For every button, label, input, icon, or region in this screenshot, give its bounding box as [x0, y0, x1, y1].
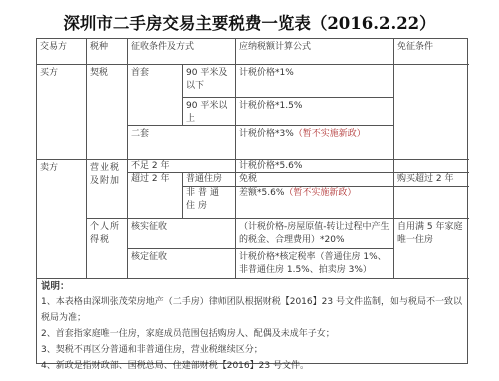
verified-collection: 核实征收	[128, 219, 236, 249]
under-2-years: 不足 2 年	[128, 160, 236, 173]
buyer-exemption	[394, 65, 469, 160]
formula-verified: （计税价格-房屋原值-转让过程中产生的税金、合理费用）*20%	[236, 219, 394, 249]
business-tax: 营业税及附加	[87, 160, 128, 219]
formula-non-ordinary: 差额*5.6%（暂不实施新政）	[236, 187, 394, 219]
note-item: 3、契税不再区分普通和非普通住房，营业税继续区分；	[41, 342, 463, 358]
header-exemption: 免征条件	[394, 39, 469, 65]
buyer-deed-tax: 契税	[87, 65, 128, 160]
ordinary-housing: 普通住房	[183, 173, 236, 187]
note-item: 2、首套指家庭唯一住房，家庭成员范围包括购房人、配偶及未成年子女；	[41, 326, 463, 342]
area-above-90: 90 平米以上	[183, 98, 236, 126]
area-below-90: 90 平米及以下	[183, 65, 236, 98]
policy-not-implemented-note: （暂不实施新政）	[284, 188, 356, 198]
note-item: 4、新政是指财政部、国税总局、住建部财税【2016】23 号文件。	[41, 358, 463, 374]
notes-heading: 说明：	[41, 280, 463, 294]
formula-under-2-years: 计税价格*5.6%	[236, 160, 394, 173]
income-tax: 个人所得税	[87, 219, 128, 279]
header-condition: 征收条件及方式	[128, 39, 236, 65]
formula-assessed: 计税价格*核定税率（普通住房 1%、非普通住房 1.5%、拍卖房 3%）	[236, 249, 394, 279]
assessed-collection: 核定征收	[128, 249, 236, 279]
header-formula: 应纳税额计算公式	[236, 39, 394, 65]
tax-table: 交易方 税种 征收条件及方式 应纳税额计算公式 免征条件 买方 契税 首套 90…	[36, 38, 468, 364]
seller-party: 卖方	[37, 160, 87, 279]
header-tax-type: 税种	[87, 39, 128, 65]
non-ordinary-housing: 非普通住房	[183, 187, 236, 219]
note-item: 1、本表格由深圳张茂荣房地产（二手房）律师团队根据财税【2016】23 号文件监…	[41, 294, 463, 326]
page-title: 深圳市二手房交易主要税费一览表（2016.2.22）	[0, 10, 499, 34]
policy-not-implemented-note: （暂不实施新政）	[294, 129, 366, 139]
buyer-party: 买方	[37, 65, 87, 160]
first-home: 首套	[128, 65, 183, 126]
header-party: 交易方	[37, 39, 87, 65]
notes-section: 说明： 1、本表格由深圳张茂荣房地产（二手房）律师团队根据财税【2016】23 …	[37, 279, 467, 364]
over-2-years: 超过 2 年	[128, 173, 183, 219]
second-home: 二套	[128, 126, 236, 160]
formula-ordinary: 免税	[236, 173, 394, 187]
non-ordinary-exemption	[394, 187, 469, 219]
formula-below-90: 计税价格*1%	[236, 65, 394, 98]
ordinary-exemption: 购买超过 2 年	[394, 173, 469, 187]
under-2-exemption	[394, 160, 469, 173]
income-exemption: 自用满 5 年家庭唯一住房	[394, 219, 469, 279]
formula-second-home: 计税价格*3%（暂不实施新政）	[236, 126, 394, 160]
formula-above-90: 计税价格*1.5%	[236, 98, 394, 126]
